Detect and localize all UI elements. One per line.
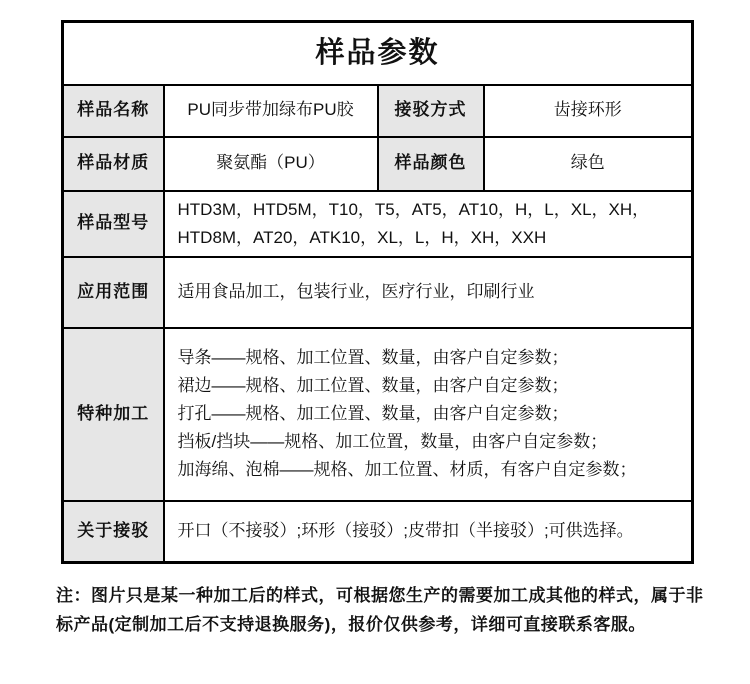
about-connection-value: 开口（不接驳）;环形（接驳）;皮带扣（半接驳）;可供选择。 (164, 501, 693, 563)
connection-method-value: 齿接环形 (484, 85, 693, 137)
table-row: 样品材质 聚氨酯（PU） 样品颜色 绿色 (63, 137, 693, 191)
sample-material-value: 聚氨酯（PU） (164, 137, 378, 191)
connection-method-label: 接驳方式 (378, 85, 484, 137)
application-range-label: 应用范围 (63, 257, 164, 328)
special-processing-value: 导条——规格、加工位置、数量，由客户自定参数； 裙边——规格、加工位置、数量，由… (164, 328, 693, 501)
sample-color-label: 样品颜色 (378, 137, 484, 191)
sample-name-label: 样品名称 (63, 85, 164, 137)
application-range-value: 适用食品加工，包装行业，医疗行业，印刷行业 (164, 257, 693, 328)
sample-material-label: 样品材质 (63, 137, 164, 191)
table-title-row: 样品参数 (63, 22, 693, 85)
about-connection-label: 关于接驳 (63, 501, 164, 563)
special-processing-line-4: 挡板/挡块——规格、加工位置，数量，由客户自定参数； (178, 428, 682, 456)
table-row: 应用范围 适用食品加工，包装行业，医疗行业，印刷行业 (63, 257, 693, 328)
sample-model-value: HTD3M，HTD5M，T10，T5，AT5，AT10，H，L，XL，XH， H… (164, 191, 693, 257)
sample-color-value: 绿色 (484, 137, 693, 191)
sample-model-line-2: HTD8M，AT20，ATK10，XL，L，H，XH，XXH (178, 224, 682, 252)
special-processing-line-2: 裙边——规格、加工位置、数量，由客户自定参数； (178, 372, 682, 400)
special-processing-line-3: 打孔——规格、加工位置、数量，由客户自定参数； (178, 400, 682, 428)
special-processing-line-1: 导条——规格、加工位置、数量，由客户自定参数； (178, 344, 682, 372)
page-title: 样品参数 (63, 22, 693, 85)
sample-model-line-1: HTD3M，HTD5M，T10，T5，AT5，AT10，H，L，XL，XH， (178, 196, 682, 224)
table-row: 样品型号 HTD3M，HTD5M，T10，T5，AT5，AT10，H，L，XL，… (63, 191, 693, 257)
spec-table: 样品参数 样品名称 PU同步带加绿布PU胶 接驳方式 齿接环形 样品材质 聚氨酯… (61, 20, 694, 564)
footer-note: 注：图片只是某一种加工后的样式，可根据您生产的需要加工成其他的样式，属于非标产品… (56, 581, 704, 639)
sample-model-label: 样品型号 (63, 191, 164, 257)
special-processing-label: 特种加工 (63, 328, 164, 501)
table-row: 样品名称 PU同步带加绿布PU胶 接驳方式 齿接环形 (63, 85, 693, 137)
table-row: 关于接驳 开口（不接驳）;环形（接驳）;皮带扣（半接驳）;可供选择。 (63, 501, 693, 563)
table-row: 特种加工 导条——规格、加工位置、数量，由客户自定参数； 裙边——规格、加工位置… (63, 328, 693, 501)
sample-name-value: PU同步带加绿布PU胶 (164, 85, 378, 137)
special-processing-line-5: 加海绵、泡棉——规格、加工位置、材质，有客户自定参数； (178, 456, 682, 484)
